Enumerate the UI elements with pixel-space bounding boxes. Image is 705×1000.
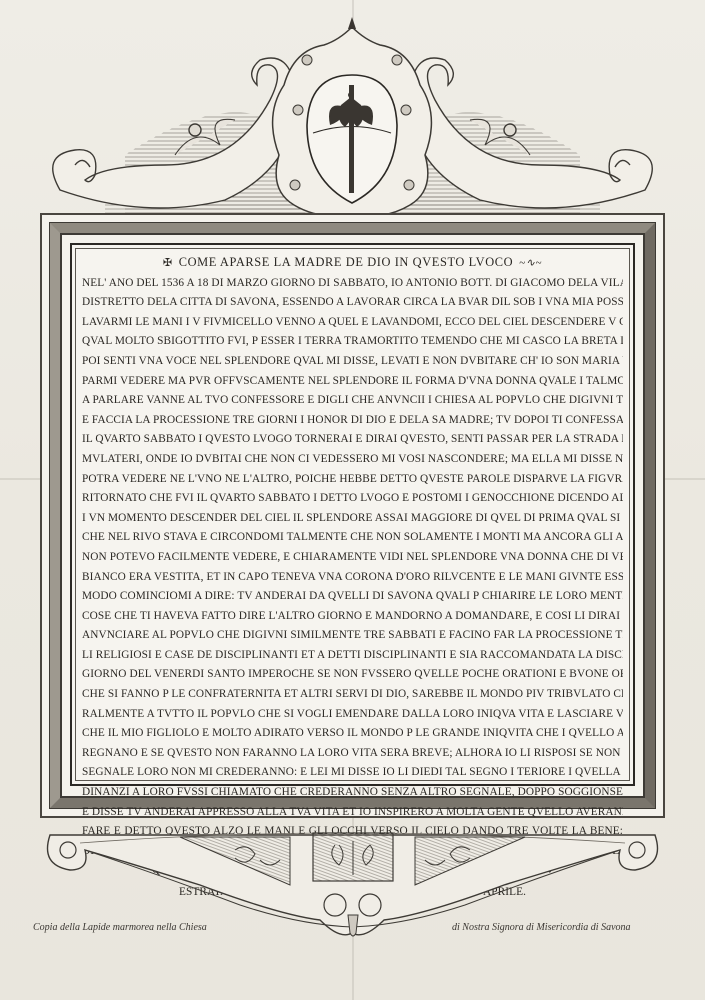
caption-left: Copia della Lapide marmorea nella Chiesa [33,922,207,933]
inscription-line: I VN MOMENTO DESCENDER DEL CIEL IL SPLEN… [82,509,623,529]
inscription-line: MODO COMINCIOMI A DIRE: TV ANDERAI DA QV… [82,587,623,607]
inscription-line: RITORNATO CHE FVI IL QVARTO SABBATO I DE… [82,489,623,509]
inscription-line: MVLATERI, ONDE IO DVBITAI CHE NON CI VED… [82,450,623,470]
inscription-text: ✠COME APARSE LA MADRE DE DIO IN QVESTO L… [82,253,623,903]
inscription-line: CHE IL MIO FIGLIOLO E MOLTO ADIRATO VERS… [82,724,623,744]
inscription-line: NON POTEVO FACILMENTE VEDERE, E CHIARAME… [82,548,623,568]
inscription-line: RALMENTE A TVTTO IL POPVLO CHE SI VOGLI … [82,705,623,725]
inscription-line: COSE CHE TI HAVEVA FATTO DIRE L'ALTRO GI… [82,607,623,627]
inscription-frame: ✠COME APARSE LA MADRE DE DIO IN QVESTO L… [40,213,665,818]
inscription-line: BIANCO ERA VESTITA, ET IN CAPO TENEVA VN… [82,568,623,588]
crest-pediment [45,15,660,225]
inscription-line: POI SENTI VNA VOCE NEL SPLENDORE QVAL MI… [82,352,623,372]
central-cartouche [273,17,432,216]
inscription-line: LI RELIGIOSI E CASE DE DISCIPLINANTI ET … [82,646,623,666]
inscription-line: REGNANO E SE QVESTO NON FARANNO LA LORO … [82,744,623,764]
inscription-line: A PARLARE VANNE AL TVO CONFESSORE E DIGL… [82,391,623,411]
inscription-title: ✠COME APARSE LA MADRE DE DIO IN QVESTO L… [82,253,623,274]
inscription-line: NEL' ANO DEL 1536 A 18 DI MARZO GIORNO D… [82,274,623,294]
inscription-line: E FACCIA LA PROCESSIONE TRE GIORNI I HON… [82,411,623,431]
title-text: COME APARSE LA MADRE DE DIO IN QVESTO LV… [179,255,513,269]
inscription-line: POTRA VEDERE NE L'VNO NE L'ALTRO, POICHE… [82,470,623,490]
inscription-line: LAVARMI LE MANI I V FIVMICELLO VENNO A Q… [82,313,623,333]
finial-icon [348,17,356,29]
inscription-line: ANVNCIARE AL POPVLO CHE DIGIVNI SIMILMEN… [82,626,623,646]
inscription-line: GIORNO DEL VENERDI SANTO IMPEROCHE SE NO… [82,665,623,685]
inscription-tablet: ✠COME APARSE LA MADRE DE DIO IN QVESTO L… [70,243,635,786]
inscription-line: DINANZI A LORO FVSSI CHIAMATO CHE CREDER… [82,783,623,803]
flourish-icon: ~∿~ [519,257,542,269]
inscription-line: PARMI VEDERE MA PVR OFFVSCAMENTE NEL SPL… [82,372,623,392]
inscription-line: QVAL MOLTO SBIGOTTITO FVI, P ESSER I TER… [82,332,623,352]
inscription-line: IL QVARTO SABBATO I QVESTO LVOGO TORNERA… [82,430,623,450]
inscription-line: CHE SI FANNO P LE CONFRATERNITA ET ALTRI… [82,685,623,705]
cross-icon: ✠ [163,257,173,269]
inscription-line: SEGNALE LORO NON MI CREDERANNO: E LEI MI… [82,763,623,783]
inscription-line: DISTRETTO DELA CITTA DI SAVONA, ESSENDO … [82,293,623,313]
inscription-line: CHE NEL RIVO STAVA E CIRCONDOMI TALMENTE… [82,528,623,548]
caption-right: di Nostra Signora di Misericordia di Sav… [452,922,631,933]
pediment-ornament-svg [45,15,660,225]
